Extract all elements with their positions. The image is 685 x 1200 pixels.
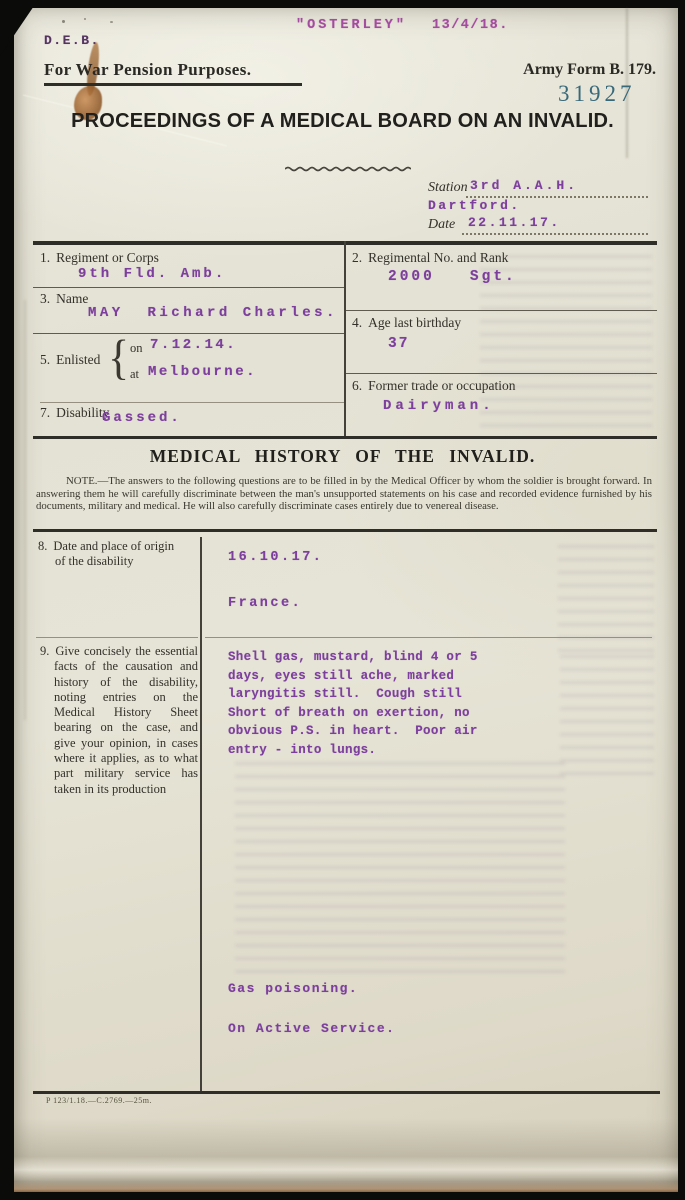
- row-rule: [33, 287, 344, 288]
- censor-stamp-name: "OSTERLEY": [296, 18, 407, 33]
- field-number: 4.: [352, 315, 362, 330]
- row-rule: [346, 310, 657, 311]
- q9-label: 9.Give concisely the essential facts of …: [40, 644, 198, 797]
- footer-rule: [33, 1091, 660, 1094]
- q9-answer-line: entry - into lungs.: [228, 741, 478, 760]
- row-rule: [346, 373, 657, 374]
- field-age-value: 37: [388, 336, 409, 352]
- field-number: 5.: [40, 352, 50, 367]
- q9-answer-line: obvious P.S. in heart. Poor air: [228, 722, 478, 741]
- censor-stamp-date: 13/4/18.: [432, 18, 509, 33]
- q8-answer-date: 16.10.17.: [228, 550, 323, 565]
- field-number: 3.: [40, 291, 50, 306]
- enlisted-brace: {: [108, 329, 129, 385]
- section-heading: MEDICAL HISTORY OF THE INVALID.: [0, 446, 685, 467]
- speck: [62, 20, 65, 23]
- speck: [110, 21, 113, 23]
- field-number: 1.: [40, 250, 50, 265]
- form-reference: Army Form B. 179.: [470, 61, 656, 79]
- enlisted-at-value: Melbourne.: [148, 364, 257, 380]
- field-enlisted-label: 5.Enlisted: [40, 352, 100, 368]
- field-age-label: 4.Age last birthday: [352, 315, 461, 331]
- field-regiment-label: 1.Regiment or Corps: [40, 250, 159, 266]
- q8-answer-place: France.: [228, 596, 302, 611]
- station-value-line2: Dartford.: [428, 198, 521, 213]
- q9-answer-cause: Gas poisoning.: [228, 981, 358, 996]
- field-number: 2.: [352, 250, 362, 265]
- field-regimental-no-label: 2.Regimental No. and Rank: [352, 250, 508, 266]
- table-column-divider: [344, 241, 346, 437]
- field-disability-label: 7.Disability: [40, 405, 109, 421]
- field-label-text: Regimental No. and Rank: [368, 250, 508, 265]
- ref-code: D.E.B.: [44, 33, 100, 48]
- q8-bottom-rule-left: [36, 637, 198, 638]
- field-regimental-no-value: 2000 Sgt.: [388, 269, 517, 285]
- q8-label-text1: Date and place of origin: [53, 539, 174, 553]
- purpose-heading: For War Pension Purposes.: [44, 60, 251, 80]
- field-disability-value: Gassed.: [102, 410, 182, 426]
- field-label-text: Regiment or Corps: [56, 250, 159, 265]
- note-paragraph: NOTE.—The answers to the following quest…: [36, 475, 652, 513]
- q9-answer-line: Shell gas, mustard, blind 4 or 5: [228, 648, 478, 667]
- q8-bottom-rule-right: [205, 637, 652, 638]
- station-label: Station: [428, 180, 468, 196]
- speck: [84, 18, 86, 20]
- field-label-text: Name: [56, 291, 88, 306]
- date-value: 22.11.17.: [468, 215, 561, 230]
- paper-curl-shadow: [14, 1118, 678, 1192]
- q8-label: 8.Date and place of origin of the disabi…: [38, 539, 198, 569]
- wavy-line: [285, 160, 411, 178]
- field-trade-value: Dairyman.: [383, 398, 495, 414]
- field-label-text: Enlisted: [56, 352, 100, 367]
- field-name-label: 3.Name: [40, 291, 88, 307]
- q8-label-text2: of the disability: [38, 554, 198, 569]
- q9-answer-line: Short of breath on exertion, no: [228, 704, 478, 723]
- document-title: PROCEEDINGS OF A MEDICAL BOARD ON AN INV…: [0, 110, 685, 133]
- question-column-divider: [200, 537, 202, 1092]
- field-regiment-value: 9th Fld. Amb.: [78, 266, 226, 282]
- q9-answer-service: On Active Service.: [228, 1021, 395, 1036]
- note-bottom-rule: [33, 529, 657, 532]
- date-label: Date: [428, 217, 455, 233]
- enlisted-on-value: 7.12.14.: [150, 337, 237, 353]
- printer-imprint: P 123/1.18.—C.2769.—25m.: [46, 1096, 152, 1105]
- purpose-underline: [44, 83, 302, 86]
- field-label-text: Former trade or occupation: [368, 378, 515, 393]
- q8-label-line1: 8.Date and place of origin: [38, 539, 198, 554]
- table-bottom-rule: [33, 436, 657, 439]
- field-number: 6.: [352, 378, 362, 393]
- row-rule: [33, 333, 344, 334]
- field-number: 9.: [40, 644, 49, 658]
- serial-number: 31927: [558, 81, 636, 107]
- q9-answer-block: Shell gas, mustard, blind 4 or 5 days, e…: [228, 648, 478, 760]
- row-rule: [40, 402, 344, 403]
- enlisted-at-label: at: [130, 367, 139, 382]
- enlisted-on-label: on: [130, 341, 143, 356]
- field-name-value: MAY Richard Charles.: [88, 305, 338, 321]
- date-underline: [462, 233, 648, 235]
- field-trade-label: 6.Former trade or occupation: [352, 378, 515, 394]
- field-number: 8.: [38, 539, 47, 553]
- q9-answer-line: days, eyes still ache, marked: [228, 667, 478, 686]
- paper-sheet: [14, 8, 678, 1192]
- station-value: 3rd A.A.H.: [470, 178, 578, 193]
- field-number: 7.: [40, 405, 50, 420]
- q9-label-text: Give concisely the essential facts of th…: [54, 644, 198, 796]
- field-label-text: Age last birthday: [368, 315, 461, 330]
- q9-answer-line: laryngitis still. Cough still: [228, 685, 478, 704]
- scanned-document-page: "OSTERLEY" 13/4/18. D.E.B. For War Pensi…: [0, 0, 685, 1200]
